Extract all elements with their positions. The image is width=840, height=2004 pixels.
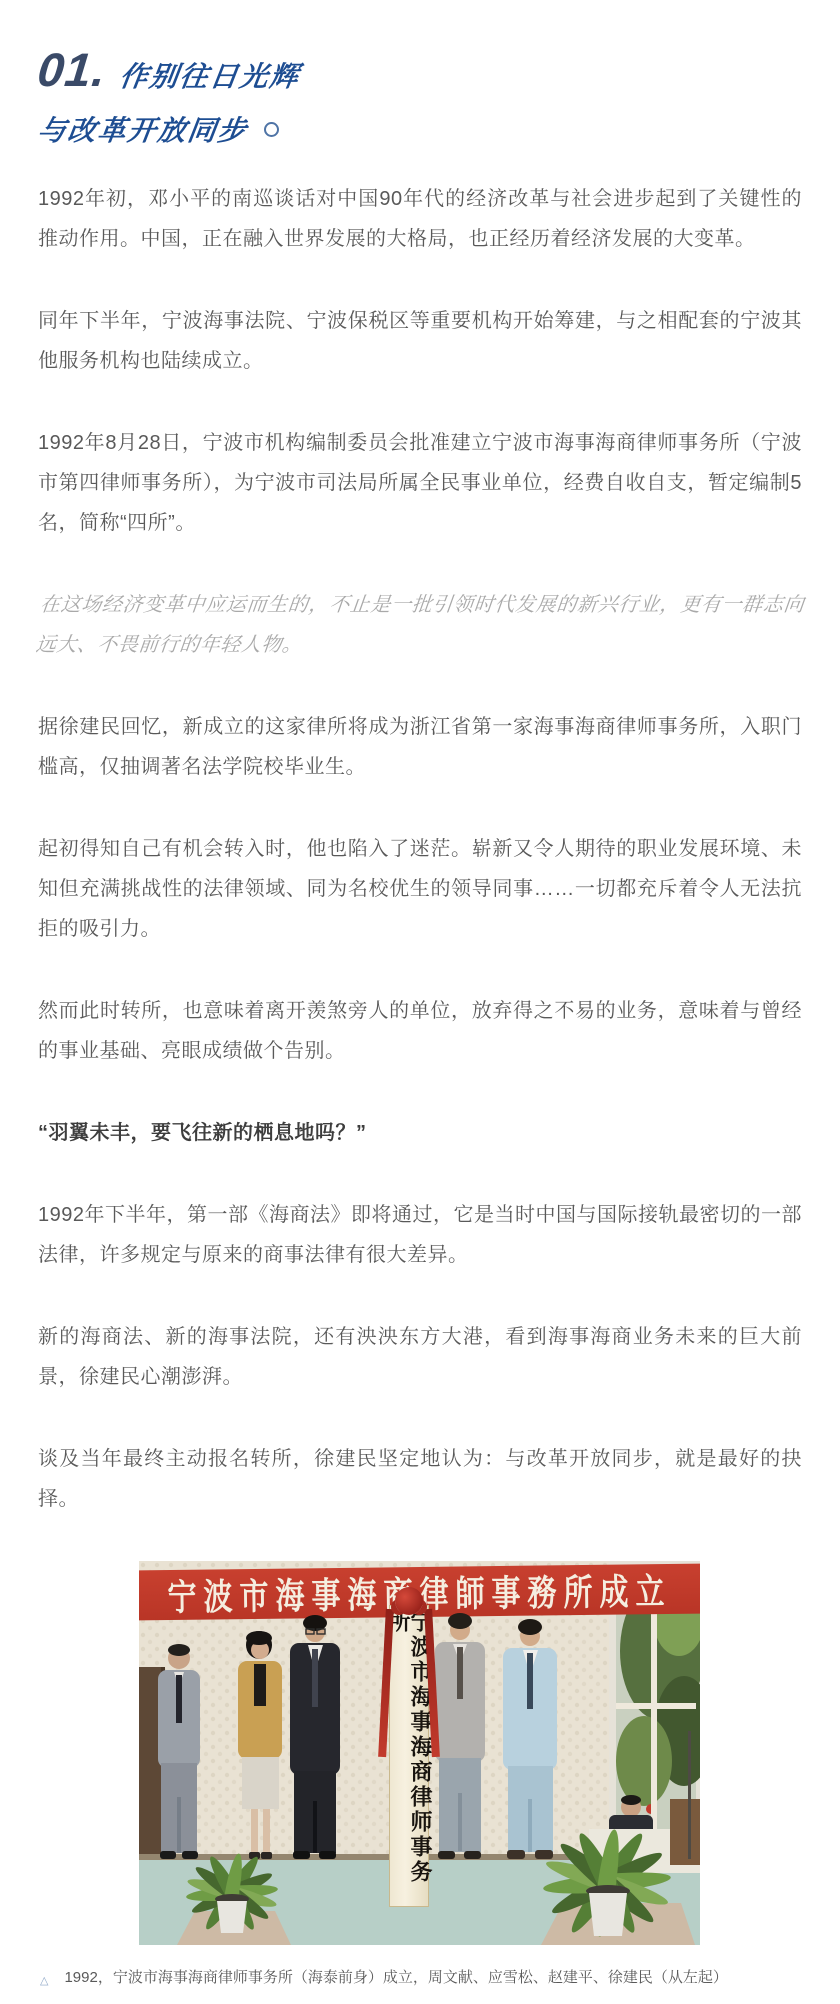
person-5 xyxy=(503,1619,557,1859)
section-title-text: 作别往日光辉 xyxy=(118,55,304,95)
article-body: 1992年初，邓小平的南巡谈话对中国90年代的经济改革与社会进步起到了关键性的推… xyxy=(38,179,802,1519)
quote-paragraph: “羽翼未丰，要飞往新的栖息地吗？” xyxy=(38,1113,802,1153)
section-title: 01. 作别往日光辉 与改革开放同步 xyxy=(38,42,802,149)
plant-left xyxy=(186,1852,279,1933)
person-3 xyxy=(290,1615,340,1859)
section-title-line1: 01. 作别往日光辉 xyxy=(38,42,802,97)
paragraph: 起初得知自己有机会转入时，他也陷入了迷茫。崭新又令人期待的职业发展环境、未知但充… xyxy=(38,829,802,949)
emphasis-paragraph: 在这场经济变革中应运而生的，不止是一批引领时代发展的新兴行业，更有一群志向远大、… xyxy=(34,585,806,665)
founding-photo: 宁波市海事海商律師事務所成立 xyxy=(139,1561,700,1945)
photo-caption-text: 1992，宁波市海事海商律师事务所（海泰前身）成立，周文献、应雪松、赵建平、徐建… xyxy=(64,1967,727,1989)
paragraph: 1992年下半年，第一部《海商法》即将通过，它是当时中国与国际接轨最密切的一部法… xyxy=(38,1195,802,1275)
photo-vertical-sign: 宁波市海事海商律师事务所 xyxy=(389,1605,429,1907)
article-page: 01. 作别往日光辉 与改革开放同步 1992年初，邓小平的南巡谈话对中国90年… xyxy=(0,0,840,2004)
section-subtitle-text: 与改革开放同步 xyxy=(35,109,251,149)
section-title-line2: 与改革开放同步 xyxy=(38,109,802,149)
paragraph: 新的海商法、新的海事法院，还有泱泱东方大港，看到海事海商业务未来的巨大前景，徐建… xyxy=(38,1317,802,1397)
paragraph: 1992年初，邓小平的南巡谈话对中国90年代的经济改革与社会进步起到了关键性的推… xyxy=(38,179,802,259)
ribbon-rosette xyxy=(395,1587,423,1615)
photo-vertical-sign-text: 宁波市海事海商律师事务所 xyxy=(387,1606,431,1906)
paragraph: 然而此时转所，也意味着离开羡煞旁人的单位，放弃得之不易的业务，意味着与曾经的事业… xyxy=(38,991,802,1071)
person-4 xyxy=(435,1613,485,1859)
paragraph: 1992年8月28日，宁波市机构编制委员会批准建立宁波市海事海商律师事务所（宁波… xyxy=(38,423,802,543)
paragraph: 据徐建民回忆，新成立的这家律所将成为浙江省第一家海事海商律师事务所，入职门槛高，… xyxy=(38,707,802,787)
person-2 xyxy=(238,1631,282,1859)
paragraph: 谈及当年最终主动报名转所，徐建民坚定地认为：与改革开放同步，就是最好的抉择。 xyxy=(38,1439,802,1519)
person-1 xyxy=(158,1644,200,1859)
circle-ornament-icon xyxy=(264,122,279,137)
plant-right xyxy=(542,1828,671,1937)
photo-caption: △ 1992，宁波市海事海商律师事务所（海泰前身）成立，周文献、应雪松、赵建平、… xyxy=(38,1967,802,1992)
triangle-marker-icon: △ xyxy=(40,1970,48,1992)
paragraph: 同年下半年，宁波海事法院、宁波保税区等重要机构开始筹建，与之相配套的宁波其他服务… xyxy=(38,301,802,381)
section-number: 01. xyxy=(35,42,109,97)
